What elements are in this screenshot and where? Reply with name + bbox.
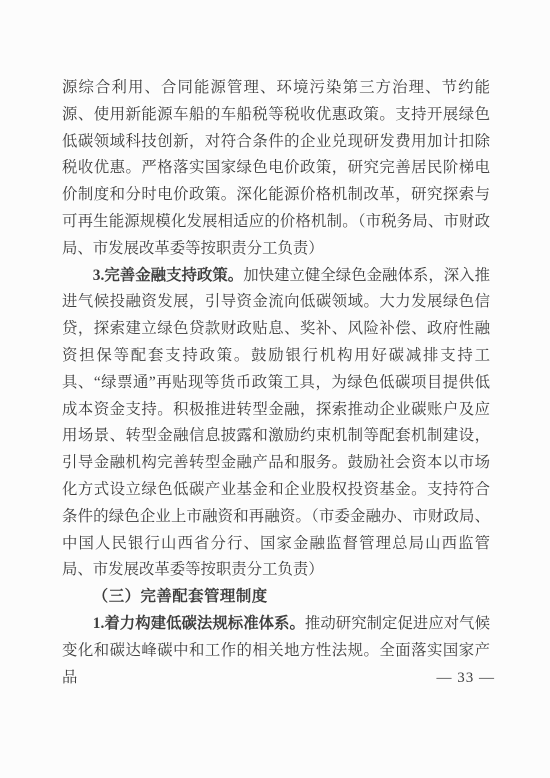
page-number: — 33 — <box>437 666 496 690</box>
text-segment-bold: 1.着力构建低碳法规标准体系。 <box>93 615 305 632</box>
paragraph: （三）完善配套管理制度 <box>62 584 490 611</box>
document-page: 源综合利用、合同能源管理、环境污染第三方治理、节约能源、使用新能源车船的车船税等… <box>0 0 550 778</box>
document-body: 源综合利用、合同能源管理、环境污染第三方治理、节约能源、使用新能源车船的车船税等… <box>62 75 490 691</box>
text-segment-body: 源综合利用、合同能源管理、环境污染第三方治理、节约能源、使用新能源车船的车船税等… <box>62 79 490 230</box>
paragraph: 源综合利用、合同能源管理、环境污染第三方治理、节约能源、使用新能源车船的车船税等… <box>62 75 490 263</box>
text-segment-heading: （三）完善配套管理制度 <box>93 588 268 605</box>
text-segment-bold: 3.完善金融支持政策。 <box>93 267 243 284</box>
paragraph: 3.完善金融支持政策。加快建立健全绿色金融体系，深入推进气候投融资发展，引导资金… <box>62 263 490 585</box>
paragraph: 1.着力构建低碳法规标准体系。推动研究制定促进应对气候变化和碳达峰碳中和工作的相… <box>62 611 490 691</box>
text-segment-body: 加快建立健全绿色金融体系，深入推进气候投融资发展，引导资金流向低碳领域。大力发展… <box>62 267 490 525</box>
